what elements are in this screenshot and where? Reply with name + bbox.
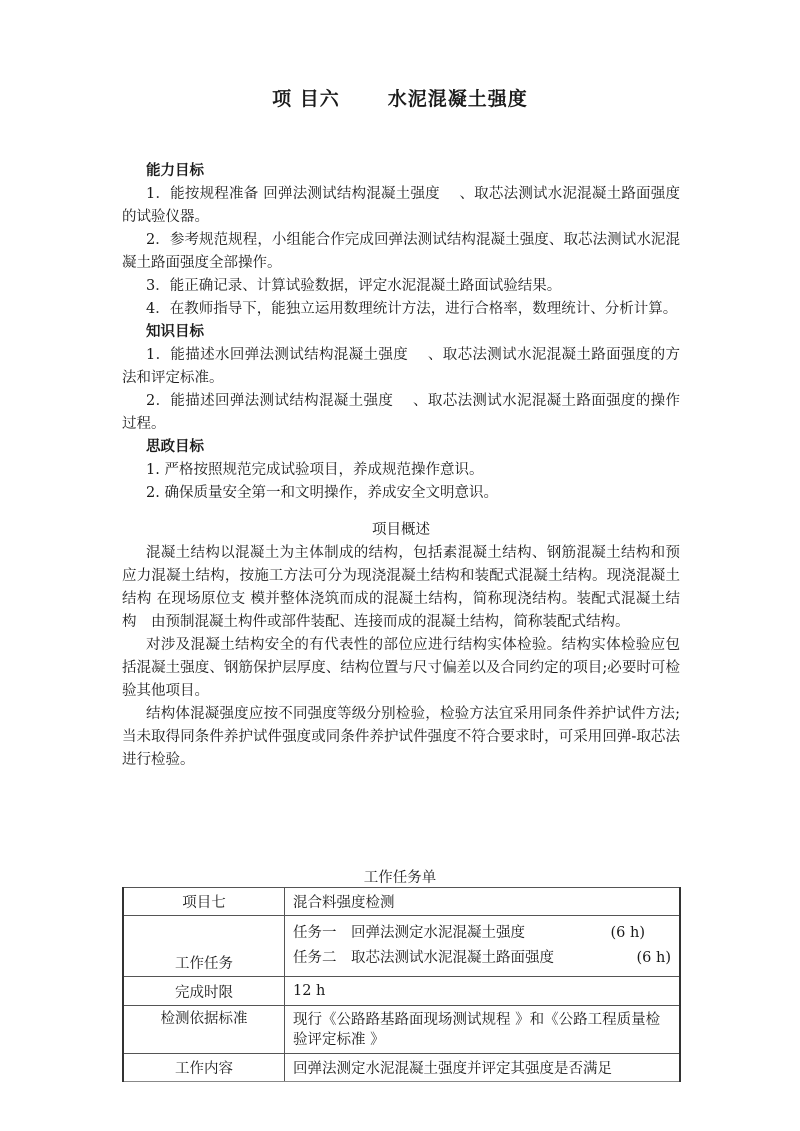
row-label: 检测依据标准 — [123, 1006, 285, 1054]
row-label: 完成时限 — [123, 977, 285, 1006]
overview-paragraph: 结构体混凝强度应按不同强度等级分别检验，检验方法宜采用同条件养护试件方法;当未取… — [122, 703, 680, 772]
page-title: 项 目六水泥混凝土强度 — [0, 84, 800, 111]
row-label: 项目七 — [123, 888, 285, 916]
ability-goal-item: 1．能按规程准备 回弹法测试结构混凝土强度 、取芯法测试水泥混凝土路面强度的试验… — [122, 183, 680, 229]
table-row: 工作内容 回弹法测定水泥混凝土强度并评定其强度是否满足 — [123, 1054, 680, 1082]
ideology-goal-item: 2. 确保质量安全第一和文明操作，养成安全文明意识。 — [122, 482, 680, 505]
task-sheet-table: 项目七 混合料强度检测 工作任务 任务一 回弹法测定水泥混凝土强度 (6 h) … — [122, 887, 681, 1082]
ideology-goal-item: 1. 严格按照规范完成试验项目，养成规范操作意识。 — [122, 459, 680, 482]
knowledge-goals-heading: 知识目标 — [122, 321, 680, 344]
row-value: 回弹法测定水泥混凝土强度并评定其强度是否满足 — [285, 1054, 681, 1082]
ideology-goals-heading: 思政目标 — [122, 436, 680, 459]
ability-goals-heading: 能力目标 — [122, 160, 680, 183]
row-label: 工作内容 — [123, 1054, 285, 1082]
task-item: 任务二 取芯法测试水泥混凝土路面强度 (6 h) — [293, 946, 671, 971]
table-row: 工作任务 任务一 回弹法测定水泥混凝土强度 (6 h) 任务二 取芯法测试水泥混… — [123, 916, 680, 977]
knowledge-goal-item: 2．能描述回弹法测试结构混凝土强度 、取芯法测试水泥混凝土路面强度的操作过程。 — [122, 390, 680, 436]
task-name: 任务二 取芯法测试水泥混凝土路面强度 — [293, 946, 554, 971]
row-value: 任务一 回弹法测定水泥混凝土强度 (6 h) 任务二 取芯法测试水泥混凝土路面强… — [285, 916, 681, 977]
overview-paragraph: 混凝土结构以混凝土为主体制成的结构，包括素混凝土结构、钢筋混凝土结构和预应力混凝… — [122, 542, 680, 634]
project-name: 水泥混凝土强度 — [388, 88, 528, 110]
knowledge-goal-item: 1．能描述水回弹法测试结构混凝土强度 、取芯法测试水泥混凝土路面强度的方法和评定… — [122, 344, 680, 390]
project-number: 项 目六 — [272, 88, 340, 110]
table-row: 项目七 混合料强度检测 — [123, 888, 680, 916]
ability-goal-item: 3．能正确记录、计算试验数据，评定水泥混凝土路面试验结果。 — [122, 275, 680, 298]
document-page: 项 目六水泥混凝土强度 能力目标 1．能按规程准备 回弹法测试结构混凝土强度 、… — [0, 0, 800, 1131]
ability-goal-item: 2．参考规范规程，小组能合作完成回弹法测试结构混凝土强度、取芯法测试水泥混凝土路… — [122, 229, 680, 275]
document-body: 能力目标 1．能按规程准备 回弹法测试结构混凝土强度 、取芯法测试水泥混凝土路面… — [122, 160, 680, 772]
task-hours: (6 h) — [611, 921, 646, 946]
task-item: 任务一 回弹法测定水泥混凝土强度 (6 h) — [293, 921, 671, 946]
row-value: 混合料强度检测 — [285, 888, 681, 916]
ability-goal-item: 4．在教师指导下，能独立运用数理统计方法，进行合格率，数理统计、分析计算。 — [122, 298, 680, 321]
overview-paragraph: 对涉及混凝土结构安全的有代表性的部位应进行结构实体检验。结构实体检验应包括混凝土… — [122, 634, 680, 703]
task-hours: (6 h) — [637, 946, 672, 971]
table-row: 完成时限 12 h — [123, 977, 680, 1006]
task-name: 任务一 回弹法测定水泥混凝土强度 — [293, 921, 525, 946]
row-value: 现行《公路路基路面现场测试规程 》和《公路工程质量检验评定标准 》 — [285, 1006, 681, 1054]
overview-heading: 项目概述 — [122, 519, 680, 542]
row-label: 工作任务 — [123, 916, 285, 977]
table-row: 检测依据标准 现行《公路路基路面现场测试规程 》和《公路工程质量检验评定标准 》 — [123, 1006, 680, 1054]
task-sheet-title: 工作任务单 — [0, 866, 800, 887]
row-value: 12 h — [285, 977, 681, 1006]
